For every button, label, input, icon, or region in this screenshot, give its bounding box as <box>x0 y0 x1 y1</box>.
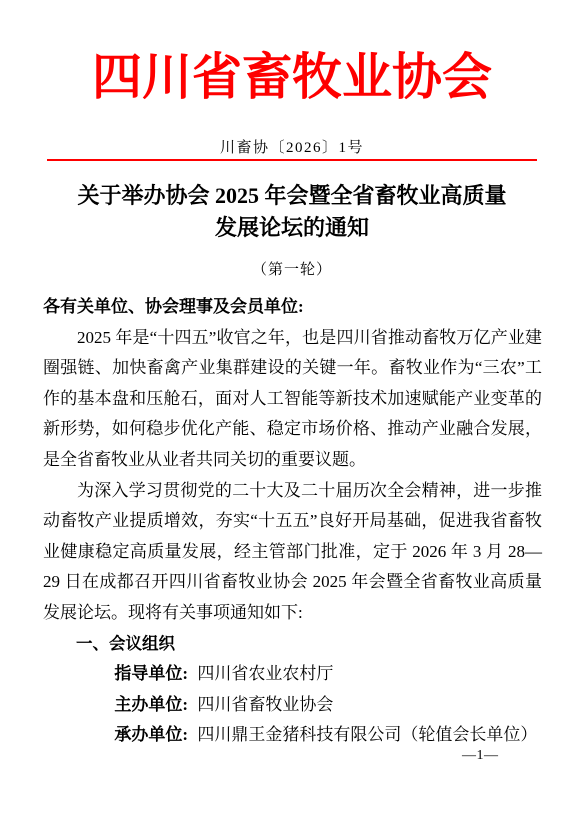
document-title-line-1: 关于举办协会 2025 年会暨全省畜牧业高质量 <box>30 180 554 212</box>
body-paragraph-1: 2025 年是“十四五”收官之年，也是四川省推动畜牧万亿产业建圈强链、加快畜禽产… <box>43 323 542 476</box>
section-heading-meeting-organization: 一、会议组织 <box>43 629 542 660</box>
document-title: 关于举办协会 2025 年会暨全省畜牧业高质量 发展论坛的通知 <box>30 180 554 244</box>
body-paragraph-2: 为深入学习贯彻党的二十大及二十届历次全会精神，进一步推动畜牧产业提质增效，夯实“… <box>43 476 542 629</box>
salutation: 各有关单位、协会理事及会员单位: <box>43 292 542 323</box>
org-label: 承办单位: <box>114 725 188 744</box>
org-value: 四川省畜牧业协会 <box>197 695 333 714</box>
document-page: 四川省畜牧业协会 川畜协〔2026〕1号 关于举办协会 2025 年会暨全省畜牧… <box>0 0 584 829</box>
doc-number: 川畜协〔2026〕1号 <box>0 136 584 157</box>
red-separator-line <box>47 159 537 161</box>
org-value: 四川鼎王金猪科技有限公司（轮值会长单位） <box>197 725 537 744</box>
round-note: （第一轮） <box>0 258 584 279</box>
org-item-host: 主办单位:四川省畜牧业协会 <box>43 690 542 721</box>
org-value: 四川省农业农村厅 <box>197 664 333 683</box>
page-number: —1— <box>462 748 499 764</box>
document-body: 各有关单位、协会理事及会员单位: 2025 年是“十四五”收官之年，也是四川省推… <box>43 292 542 751</box>
org-label: 主办单位: <box>114 695 188 714</box>
org-item-guidance: 指导单位:四川省农业农村厅 <box>43 659 542 690</box>
org-label: 指导单位: <box>114 664 188 683</box>
organization-list: 指导单位:四川省农业农村厅 主办单位:四川省畜牧业协会 承办单位:四川鼎王金猪科… <box>43 659 542 751</box>
org-item-organizer: 承办单位:四川鼎王金猪科技有限公司（轮值会长单位） <box>43 720 542 751</box>
letterhead-org-name: 四川省畜牧业协会 <box>0 46 584 109</box>
document-title-line-2: 发展论坛的通知 <box>30 212 554 244</box>
